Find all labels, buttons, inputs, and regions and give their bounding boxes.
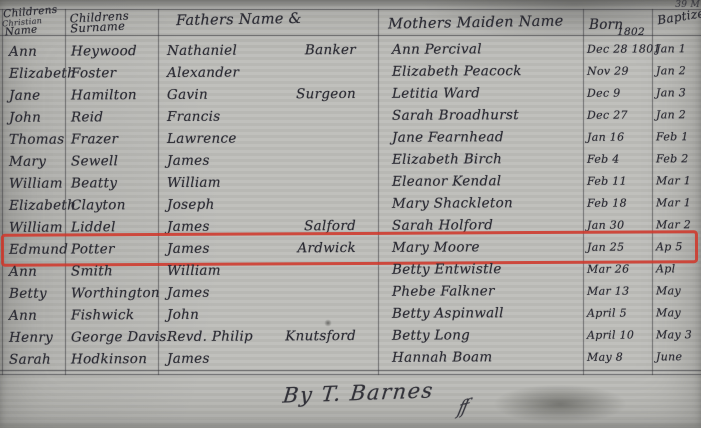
column-header-mothers-maiden-name: Mothers Maiden Name (388, 13, 564, 32)
cell-born-date: Mar 13 (584, 284, 652, 297)
cell-baptized-date: Mar 1 (652, 196, 701, 209)
cell-child-name: Thomas (0, 131, 66, 147)
residence-text: Surgeon (296, 86, 356, 102)
father-name-text: John (167, 307, 199, 323)
cell-born-date: Feb 4 (584, 152, 652, 165)
father-name-text: Francis (167, 109, 221, 125)
cell-father-name: Nathaniel Banker (159, 42, 380, 59)
cell-father-name: James Ardwick (159, 240, 380, 257)
father-name-text: William (167, 175, 221, 191)
residence-text: Knutsford (285, 328, 356, 344)
cell-baptized-date: June (652, 350, 701, 363)
father-name-text: James (167, 153, 210, 169)
cell-child-name: Betty (0, 285, 66, 301)
cell-born-date: Feb 11 (584, 174, 652, 187)
header-underline (0, 35, 701, 36)
cell-born-date: Dec 27 (584, 108, 652, 121)
cell-child-name: Edmund (0, 241, 66, 257)
cell-born-date: Nov 29 (584, 64, 652, 77)
father-name-text: James (167, 351, 210, 367)
cell-child-name: Elizabeth (0, 197, 66, 213)
cell-surname: Sewell (66, 153, 159, 169)
cell-mother-maiden-name: Sarah Holford (380, 217, 584, 234)
register-page-scan: Childrens Christian Name Childrens Surna… (0, 0, 701, 428)
cell-baptized-date: Feb 1 (652, 130, 701, 143)
cell-mother-maiden-name: Betty Long (380, 327, 584, 344)
cell-baptized-date: Jan 1 (652, 42, 701, 55)
header-text: Surname (70, 19, 126, 36)
father-name-text: James (167, 219, 210, 235)
cell-mother-maiden-name: Elizabeth Birch (380, 151, 584, 168)
cell-surname: Hamilton (66, 87, 159, 103)
cell-mother-maiden-name: Hannah Boam (380, 349, 584, 366)
cell-baptized-date: Jan 2 (652, 108, 701, 121)
cell-surname: Potter (66, 241, 159, 257)
residence-text: Salford (304, 218, 356, 234)
cell-surname: Beatty (66, 175, 159, 191)
year-note: 1802 (617, 26, 645, 38)
column-header-child-name: Childrens Christian Name (3, 6, 59, 38)
cell-surname: Hodkinson (66, 351, 159, 367)
father-name-text: James (167, 241, 210, 257)
father-name-text: William (167, 263, 221, 279)
cell-born-date: May 8 (584, 350, 652, 363)
cell-father-name: Gavin Surgeon (159, 86, 380, 103)
cell-baptized-date: May (652, 306, 701, 319)
cell-baptized-date: Apl (652, 262, 701, 275)
cell-child-name: Elizabeth (0, 65, 66, 81)
cell-father-name: James (159, 350, 380, 367)
cell-father-name: William (159, 174, 380, 191)
cell-father-name: Joseph (159, 196, 380, 213)
cell-mother-maiden-name: Eleanor Kendal (380, 173, 584, 190)
column-header-fathers-name: Fathers Name & (176, 11, 302, 29)
corner-page-marks: 39 M (675, 0, 700, 10)
cell-mother-maiden-name: Ann Percival (380, 41, 584, 58)
cell-father-name: Francis (159, 108, 380, 125)
cell-mother-maiden-name: Mary Shackleton (380, 195, 584, 212)
cell-mother-maiden-name: Mary Moore (380, 239, 584, 256)
cell-mother-maiden-name: Jane Fearnhead (380, 129, 584, 146)
cell-mother-maiden-name: Letitia Ward (380, 85, 584, 102)
table-row: Sarah Hodkinson James Hannah Boam May 8 … (0, 345, 701, 371)
cell-child-name: William (0, 175, 66, 191)
cell-born-date: Feb 18 (584, 196, 652, 209)
cell-child-name: Sarah (0, 351, 66, 367)
cell-mother-maiden-name: Sarah Broadhurst (380, 107, 584, 124)
cell-child-name: Jane (0, 87, 66, 103)
cell-born-date: April 10 (584, 328, 652, 341)
cell-born-date: April 5 (584, 306, 652, 319)
cell-surname: Smith (66, 263, 159, 279)
cell-surname: Fishwick (66, 307, 159, 323)
cell-mother-maiden-name: Betty Aspinwall (380, 305, 584, 322)
cell-surname: Foster (66, 65, 159, 81)
cell-baptized-date: May 3 (652, 328, 701, 341)
cell-father-name: James Salford (159, 218, 380, 235)
cell-mother-maiden-name: Phebe Falkner (380, 283, 584, 300)
residence-text: Banker (305, 42, 356, 58)
cell-baptized-date: May (652, 284, 701, 297)
cell-baptized-date: Mar 1 (652, 174, 701, 187)
father-name-text: Alexander (167, 65, 239, 81)
cell-baptized-date: Jan 2 (652, 64, 701, 77)
cell-surname: Heywood (66, 43, 159, 59)
cell-surname: George Davis (66, 329, 159, 345)
cell-father-name: Revd. Philip Knutsford (159, 328, 380, 345)
cell-baptized-date: Mar 2 (652, 218, 701, 231)
cell-surname: Worthington (66, 285, 159, 301)
father-name-text: Revd. Philip (167, 329, 253, 345)
father-name-text: Nathaniel (167, 43, 237, 59)
cell-child-name: Ann (0, 263, 66, 279)
column-header-surname: Childrens Surname (70, 10, 130, 33)
father-name-text: Joseph (167, 197, 215, 213)
cell-father-name: Lawrence (159, 130, 380, 147)
cell-child-name: William (0, 219, 66, 235)
cell-born-date: Jan 25 (584, 240, 652, 253)
cell-father-name: James (159, 152, 380, 169)
table-border-bottom-double (0, 374, 701, 375)
signature-flourish: ff (455, 396, 469, 420)
cell-surname: Clayton (66, 197, 159, 213)
cell-mother-maiden-name: Elizabeth Peacock (380, 63, 584, 80)
cell-born-date: Jan 16 (584, 130, 652, 143)
cell-born-date: Dec 28 1801 (584, 42, 652, 55)
register-rows: Ann Heywood Nathaniel Banker Ann Perciva… (0, 39, 701, 369)
cell-child-name: Henry (0, 329, 66, 345)
residence-text: Ardwick (297, 240, 356, 256)
cell-baptized-date: Jan 3 (652, 86, 701, 99)
cell-baptized-date: Feb 2 (652, 152, 701, 165)
cell-born-date: Dec 9 (584, 86, 652, 99)
cell-born-date: Mar 26 (584, 262, 652, 275)
cell-surname: Liddel (66, 219, 159, 235)
father-name-text: Gavin (167, 87, 208, 103)
cell-born-date: Jan 30 (584, 218, 652, 231)
cell-father-name: James (159, 284, 380, 301)
cell-surname: Frazer (66, 131, 159, 147)
cell-father-name: John (159, 306, 380, 323)
cell-father-name: Alexander (159, 64, 380, 81)
cell-child-name: Ann (0, 43, 66, 59)
cell-child-name: John (0, 109, 66, 125)
father-name-text: James (167, 285, 210, 301)
cell-surname: Reid (66, 109, 159, 125)
cell-baptized-date: Ap 5 (652, 240, 701, 253)
cell-child-name: Mary (0, 153, 66, 169)
cell-child-name: Ann (0, 307, 66, 323)
cell-father-name: William (159, 262, 380, 279)
cell-mother-maiden-name: Betty Entwistle (380, 261, 584, 278)
clerk-signature: By T. Barnes (282, 378, 435, 407)
father-name-text: Lawrence (167, 131, 237, 147)
